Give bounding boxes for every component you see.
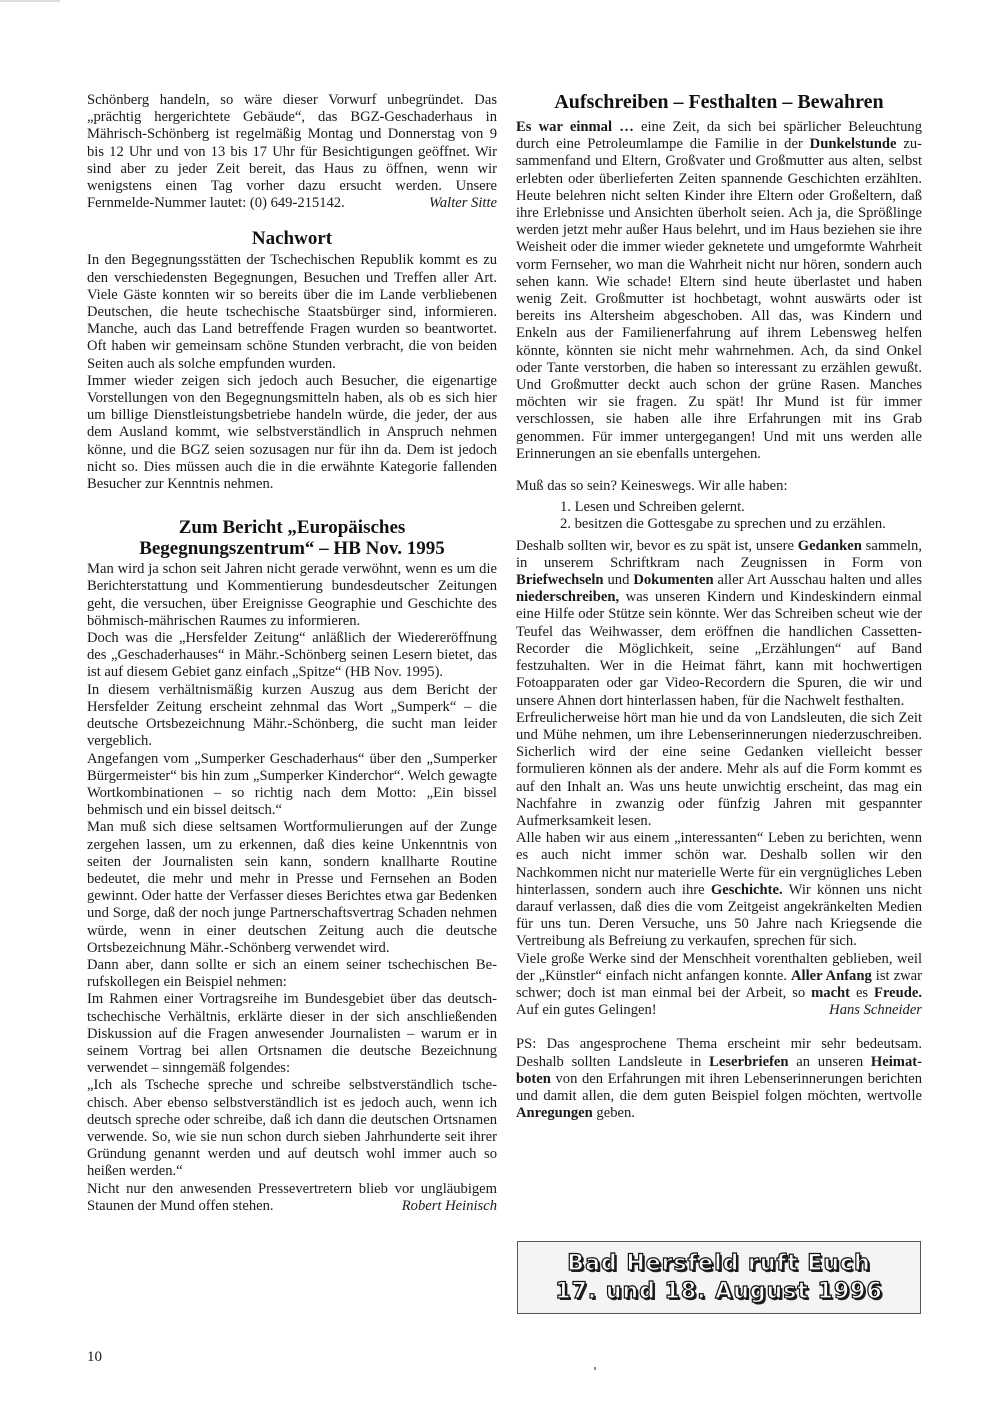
text: Deshalb sollten wir, bevor es zu spät is… bbox=[516, 538, 798, 554]
article-paragraph: Deshalb sollten wir, bevor es zu spät is… bbox=[516, 538, 922, 710]
list-item: 2. besitzen die Gottesgabe zu sprechen u… bbox=[560, 516, 922, 533]
bold-text: Leserbriefen bbox=[709, 1054, 788, 1070]
bold-text: Briefwechseln bbox=[516, 572, 604, 588]
event-banner: Bad Hersfeld ruft Euch 17. und 18. Augus… bbox=[517, 1241, 921, 1314]
bericht-paragraph: Im Rahmen einer Vortragsreihe im Bundesg… bbox=[87, 991, 497, 1077]
left-column: Schönberg handeln, so wäre dieser Vorwur… bbox=[87, 92, 497, 1215]
title-line: Zum Bericht „Europäisches bbox=[179, 517, 406, 538]
text: von den Erfahrungen mit ihren Lebenserin… bbox=[516, 1071, 922, 1104]
section-title-nachwort: Nachwort bbox=[87, 228, 497, 249]
bold-text: Freude. bbox=[874, 985, 922, 1001]
bericht-paragraph: In diesem verhältnismäßig kurzen Auszug … bbox=[87, 682, 497, 751]
scan-edge-mark bbox=[0, 0, 60, 2]
text: an unseren bbox=[789, 1054, 871, 1070]
nachwort-paragraph: Immer wieder zeigen sich jedoch auch Bes… bbox=[87, 373, 497, 493]
numbered-list: 1. Lesen und Schreiben gelernt. 2. besit… bbox=[516, 499, 922, 533]
bold-text: Anregungen bbox=[516, 1105, 593, 1121]
bericht-paragraph: Dann aber, dann sollte er sich an einem … bbox=[87, 957, 497, 991]
bold-text: Es war einmal … bbox=[516, 119, 634, 135]
bericht-paragraph: „Ich als Tscheche spreche und schreibe s… bbox=[87, 1077, 497, 1180]
bold-text: Dunkelstunde bbox=[810, 136, 897, 152]
text: Auf ein gutes Gelingen! bbox=[516, 1002, 657, 1018]
author-signature: Hans Schneider bbox=[829, 1002, 922, 1019]
list-item: 1. Lesen und Schreiben gelernt. bbox=[560, 499, 922, 516]
section-title-aufschreiben: Aufschreiben – Festhalten – Bewahren bbox=[516, 92, 922, 113]
page-number: 10 bbox=[87, 1349, 102, 1366]
title-line: Begegnungszentrum“ – HB Nov. 1995 bbox=[139, 538, 445, 559]
bold-text: niederschreiben, bbox=[516, 589, 619, 605]
bold-text: Gedanken bbox=[798, 538, 862, 554]
banner-line: Bad Hersfeld ruft Euch bbox=[567, 1250, 870, 1278]
bericht-paragraph: Doch was die „Hersfelder Zeitung“ anläßl… bbox=[87, 630, 497, 682]
scan-speck bbox=[594, 1367, 596, 1370]
bericht-closing: Nicht nur den anwesenden Pressevertreter… bbox=[87, 1181, 497, 1215]
intro-paragraph: Schönberg handeln, so wäre dieser Vorwur… bbox=[87, 92, 497, 212]
nachwort-paragraph: In den Begegnungsstätten der Tschechisch… bbox=[87, 252, 497, 372]
bericht-paragraph: Man muß sich diese seltsamen Wortformuli… bbox=[87, 819, 497, 957]
bold-text: Geschichte. bbox=[711, 882, 783, 898]
article-paragraph: Erfreulicherweise hört man hie und da vo… bbox=[516, 710, 922, 830]
text: zu­sammenfand und Eltern, Großvater und … bbox=[516, 136, 922, 462]
author-signature: Robert Heinisch bbox=[402, 1198, 497, 1215]
intro-text: Schönberg handeln, so wäre dieser Vorwur… bbox=[87, 92, 497, 211]
text: was unseren Kindern und Kindeskindern ei… bbox=[516, 589, 922, 708]
question-line: Muß das so sein? Keineswegs. Wir alle ha… bbox=[516, 478, 922, 495]
bericht-paragraph: Angefangen vom „Sumperker Geschaderhaus“… bbox=[87, 751, 497, 820]
text: geben. bbox=[593, 1105, 635, 1121]
text: aller Art Ausschau halten und alles bbox=[714, 572, 922, 588]
section-title-bericht: Zum Bericht „Europäisches Begegnungszent… bbox=[87, 517, 497, 559]
banner-line: 17. und 18. August 1996 bbox=[555, 1278, 883, 1306]
text: und bbox=[604, 572, 634, 588]
text: es bbox=[850, 985, 874, 1001]
bericht-paragraph: Man wird ja schon seit Jahren nicht gera… bbox=[87, 561, 497, 630]
article-paragraph: Alle haben wir aus einem „interessanten“… bbox=[516, 830, 922, 950]
article-paragraph: Viele große Werke sind der Menschheit vo… bbox=[516, 951, 922, 1020]
bold-text: Aller An­fang bbox=[791, 968, 872, 984]
author-signature: Walter Sitte bbox=[429, 195, 497, 212]
bold-text: macht bbox=[811, 985, 850, 1001]
right-column: Aufschreiben – Festhalten – Bewahren Es … bbox=[516, 92, 922, 1122]
article-paragraph: Es war einmal … eine Zeit, da sich bei s… bbox=[516, 119, 922, 463]
bold-text: Dokumenten bbox=[633, 572, 713, 588]
postscript-paragraph: PS: Das angesprochene Thema erscheint mi… bbox=[516, 1036, 922, 1122]
